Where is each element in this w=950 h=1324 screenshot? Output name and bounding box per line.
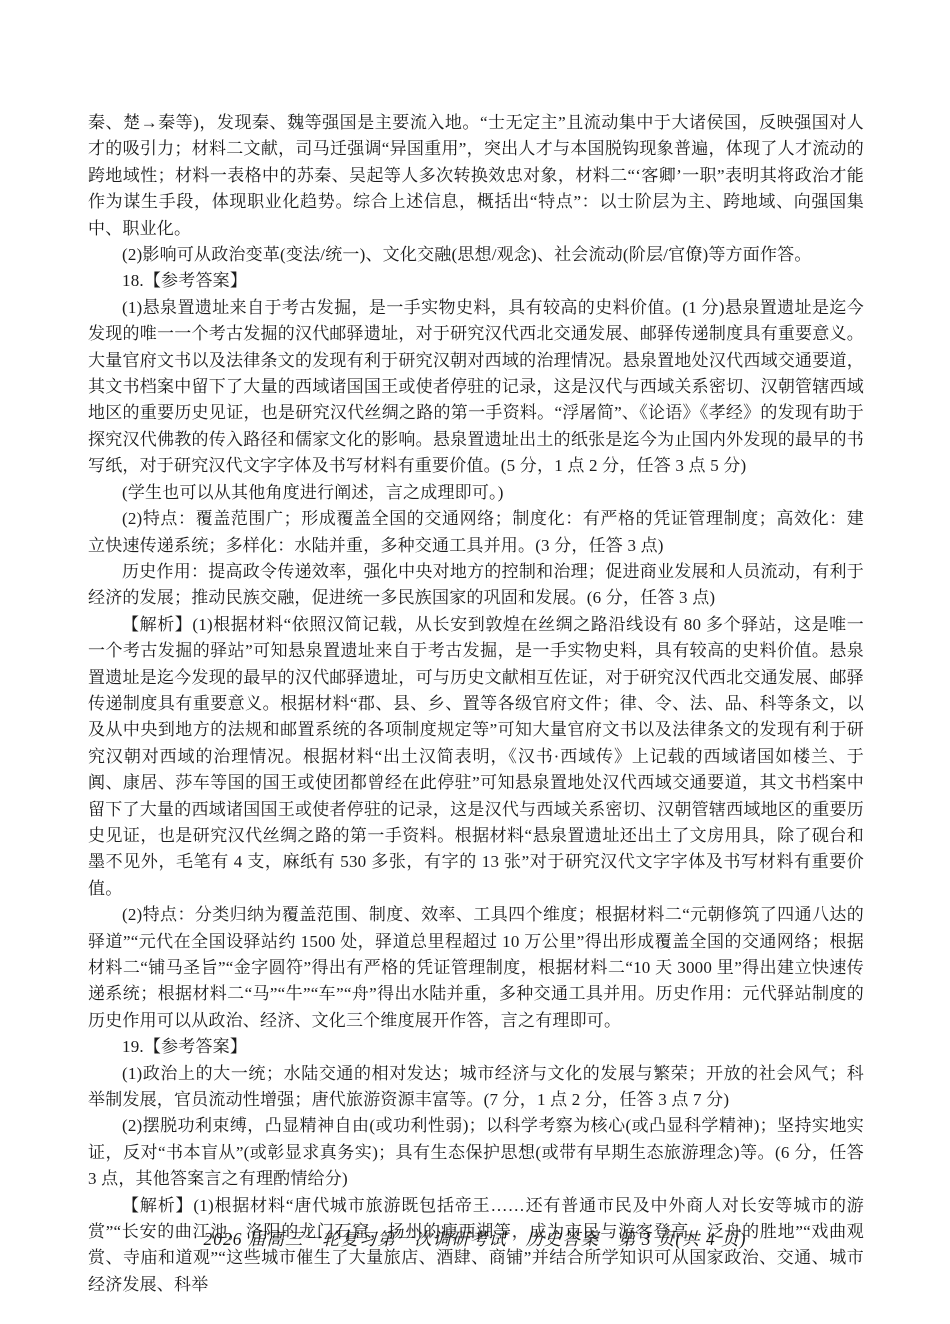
paragraph-7: 历史作用：提高政令传递效率，强化中央对地方的控制和治理；促进商业发展和人员流动，…	[88, 559, 864, 612]
paragraph-1: 秦、楚→秦等)，发现秦、魏等强国是主要流入地。“士无定主”且流动集中于大诸侯国，…	[88, 110, 864, 242]
paragraph-11: (1)政治上的大一统；水陆交通的相对发达；城市经济与文化的发展与繁荣；开放的社会…	[88, 1061, 864, 1114]
document-page: 秦、楚→秦等)，发现秦、魏等强国是主要流入地。“士无定主”且流动集中于大诸侯国，…	[0, 0, 950, 1324]
footer-text: 2026 届高三一轮复习第一次调研考试 历史答案 第 3 页(共 4 页)	[203, 1229, 746, 1249]
paragraph-8: 【解析】(1)根据材料“依照汉简记载，从长安到敦煌在丝绸之路沿线设有 80 多个…	[88, 612, 864, 902]
page-footer: 2026 届高三一轮复习第一次调研考试 历史答案 第 3 页(共 4 页)	[0, 1226, 950, 1251]
paragraph-9: (2)特点：分类归纳为覆盖范围、制度、效率、工具四个维度；根据材料二“元朝修筑了…	[88, 902, 864, 1034]
paragraph-3: 18.【参考答案】	[88, 268, 864, 294]
paragraph-10: 19.【参考答案】	[88, 1034, 864, 1060]
paragraph-12: (2)摆脱功利束缚，凸显精神自由(或功利性弱)；以科学考察为核心(或凸显科学精神…	[88, 1113, 864, 1192]
paragraph-6: (2)特点：覆盖范围广；形成覆盖全国的交通网络；制度化：有严格的凭证管理制度；高…	[88, 506, 864, 559]
paragraph-4: (1)悬泉置遗址来自于考古发掘，是一手实物史料，具有较高的史料价值。(1 分)悬…	[88, 295, 864, 480]
paragraph-5: (学生也可以从其他角度进行阐述，言之成理即可。)	[88, 480, 864, 506]
answer-key-text-body: 秦、楚→秦等)，发现秦、魏等强国是主要流入地。“士无定主”且流动集中于大诸侯国，…	[88, 110, 864, 1298]
paragraph-2: (2)影响可从政治变革(变法/统一)、文化交融(思想/观念)、社会流动(阶层/官…	[88, 242, 864, 268]
